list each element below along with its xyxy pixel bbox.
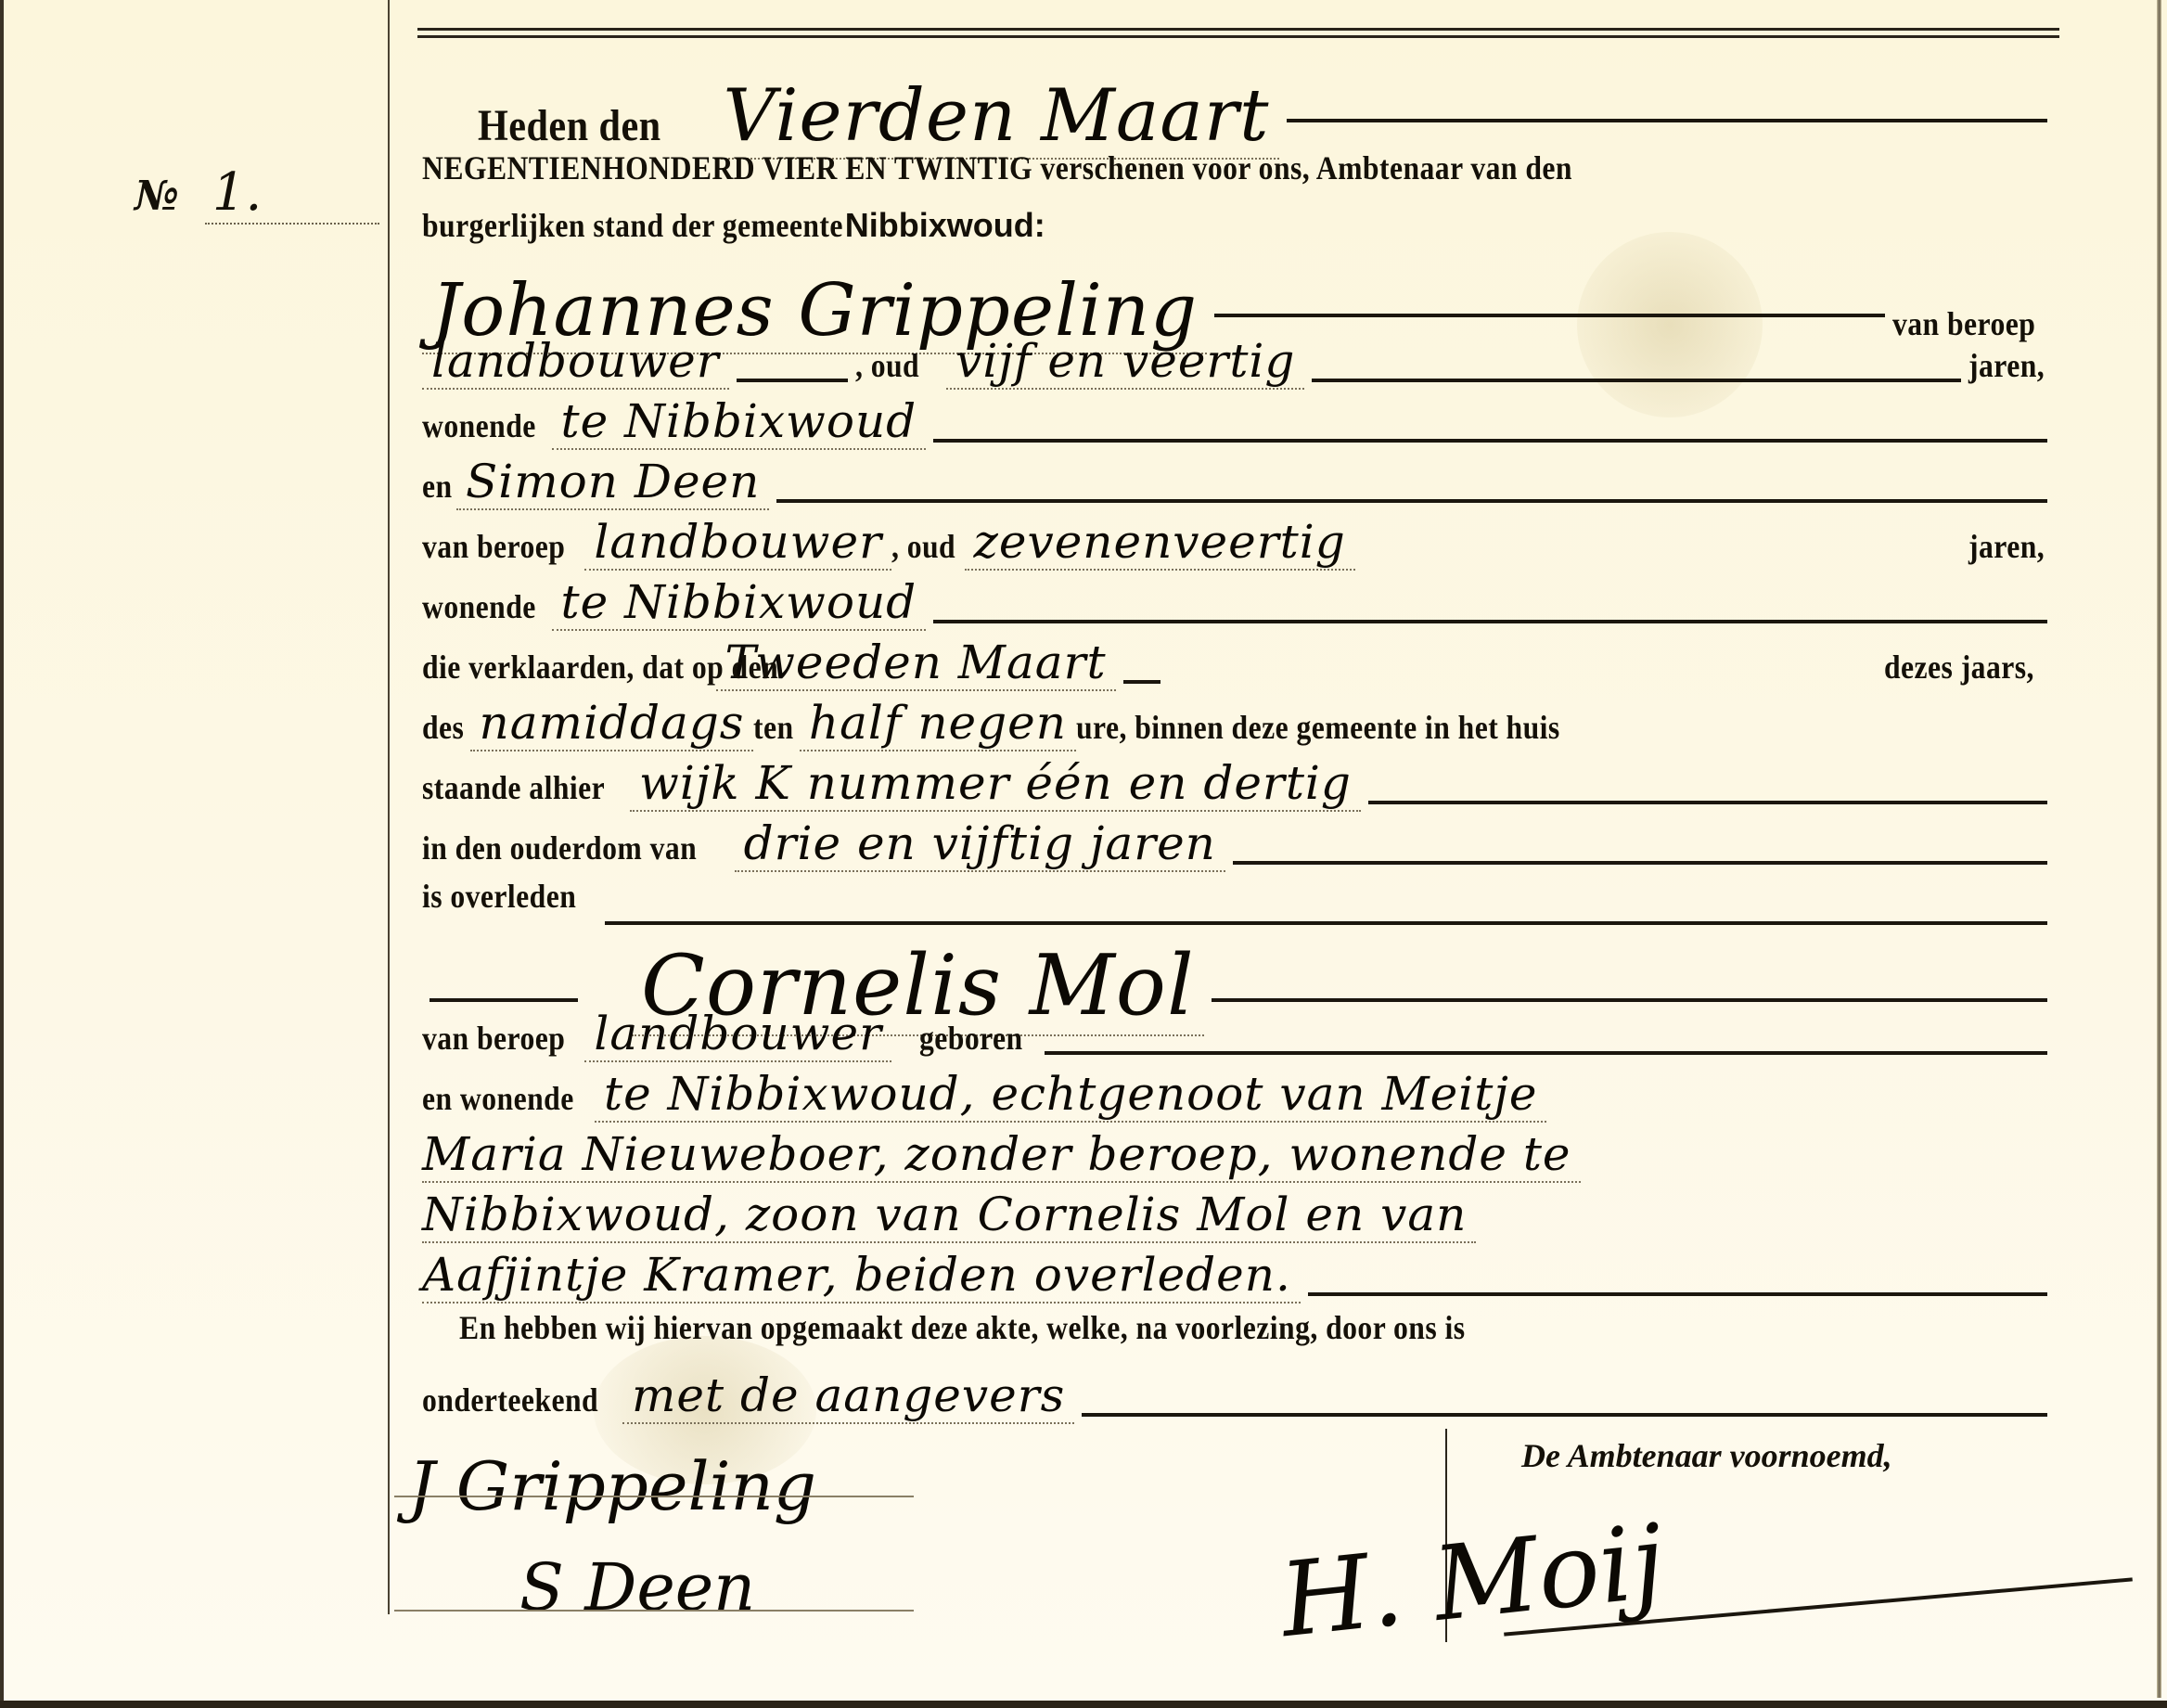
line-deceased-residence: en wonende te Nibbixwoud, echtgenoot van… (422, 1067, 2055, 1124)
des-label: des (422, 708, 464, 747)
fill-line (1287, 119, 2047, 122)
line-mother: Aafjintje Kramer, beiden overleden. (422, 1248, 2055, 1305)
ouderdom-label: in den ouderdom van (422, 828, 697, 867)
official-signature: H. Moij (1275, 1502, 1669, 1661)
declarant-1-occupation: landbouwer (422, 334, 729, 390)
margin-rule (388, 0, 390, 1614)
fill-line (1123, 680, 1160, 684)
line-parents: Nibbixwoud, zoon van Cornelis Mol en van (422, 1188, 2055, 1245)
top-double-rule-2 (417, 35, 2059, 38)
line-declarant-2-name: en Simon Deen (422, 455, 2055, 512)
death-address: wijk K nummer één en dertig (630, 756, 1361, 812)
line-spouse: Maria Nieuweboer, zonder beroep, wonende… (422, 1127, 2055, 1185)
colon: : (1034, 206, 1045, 245)
declarant-1-residence: te Nibbixwoud (552, 394, 927, 450)
top-double-rule-1 (417, 28, 2059, 31)
fill-line (1082, 1413, 2047, 1417)
jaren-label: jaren, (1968, 346, 2045, 385)
en-wonende-label: en wonende (422, 1079, 574, 1118)
declarant-1-signature: J Grippeling (408, 1447, 816, 1525)
declarant-2-signature: S Deen (519, 1549, 755, 1625)
geboren-label: geboren (919, 1019, 1023, 1058)
year-text: NEGENTIENHONDERD VIER EN TWINTIG versche… (422, 148, 1572, 187)
page-bottom-edge (0, 1701, 2167, 1708)
line-signed: onderteekend met de aangevers (422, 1368, 2055, 1426)
line-death-time: des namiddags ten half negen ure, binnen… (422, 696, 2055, 753)
municipality-name: Nibbixwoud (845, 206, 1034, 245)
record-number-value: 1. (205, 162, 379, 225)
spouse-details: Maria Nieuweboer, zonder beroep, wonende… (422, 1127, 1581, 1183)
line-closing: En hebben wij hiervan opgemaakt deze akt… (422, 1308, 2055, 1366)
deceased-residence-spouse: te Nibbixwoud, echtgenoot van Meitje (595, 1067, 1546, 1123)
declarant-2-age: zevenenveertig (965, 515, 1355, 571)
line-deceased-age: in den ouderdom van drie en vijftig jare… (422, 816, 2055, 874)
verklaarden-label: die verklaarden, dat op den (422, 648, 778, 687)
line-declarant-2-occupation: van beroep landbouwer , oud zevenenveert… (422, 515, 2055, 572)
line-declarant-1-name: Johannes Grippeling van beroep (422, 269, 2055, 327)
is-overleden-label: is overleden (422, 877, 576, 916)
deceased-age: drie en vijftig jaren (735, 816, 1225, 872)
line-date: Heden den Vierden Maart (422, 74, 2055, 132)
jaren-label: jaren, (1968, 527, 2045, 566)
en-label: en (422, 467, 453, 506)
fill-line (776, 499, 2047, 503)
line-deceased-name: Cornelis Mol (422, 937, 2055, 1011)
signature-rule (394, 1610, 914, 1612)
van-beroep-label: van beroep (422, 527, 565, 566)
wonende-label: wonende (422, 587, 536, 626)
page-left-edge (0, 0, 4, 1708)
line-declarant-2-residence: wonende te Nibbixwoud (422, 575, 2055, 633)
fill-line (1212, 998, 2047, 1002)
dezes-jaars-label: dezes jaars, (1884, 648, 2034, 687)
book-binding-fold (2157, 0, 2161, 1698)
staande-alhier-label: staande alhier (422, 768, 605, 807)
ten-label: ten (753, 708, 794, 747)
death-daypart: namiddags (470, 696, 754, 751)
signed-with: met de aangevers (622, 1368, 1074, 1424)
line-municipality: burgerlijken stand der gemeente Nibbixwo… (422, 206, 2055, 263)
line-death-address: staande alhier wijk K nummer één en dert… (422, 756, 2055, 814)
declarant-1-age: vijf en veertig (946, 334, 1304, 390)
line-death-date: die verklaarden, dat op den Tweeden Maar… (422, 636, 2055, 693)
fill-line (1308, 1292, 2047, 1296)
van-beroep-label: van beroep (422, 1019, 565, 1058)
death-time: half negen (800, 696, 1076, 751)
fill-line (1045, 1051, 2047, 1055)
heden-den-label: Heden den (478, 100, 661, 151)
line-declarant-1-occupation: landbouwer , oud vijf en veertig jaren, (422, 334, 2055, 392)
date-handwritten: Vierden Maart (714, 74, 1279, 160)
fill-line (430, 998, 578, 1002)
declarant-2-name: Simon Deen (456, 455, 769, 510)
line-deceased-occupation: van beroep landbouwer geboren (422, 1007, 2055, 1064)
deceased-occupation: landbouwer (584, 1007, 891, 1062)
oud-label: , oud (891, 527, 955, 566)
declarant-2-residence: te Nibbixwoud (552, 575, 927, 631)
oud-label: , oud (855, 346, 919, 385)
official-label: De Ambtenaar voornoemd, (1521, 1436, 1892, 1475)
fill-line (1214, 314, 1885, 317)
record-number: № 1. (135, 162, 379, 225)
parents-details: Nibbixwoud, zoon van Cornelis Mol en van (422, 1188, 1476, 1243)
fill-line (1233, 861, 2047, 865)
record-number-label: № (135, 173, 179, 220)
wonende-label: wonende (422, 406, 536, 445)
municipality-label: burgerlijken stand der gemeente (422, 206, 843, 245)
line-overleden: is overleden (422, 877, 2055, 934)
fill-line (1368, 801, 2047, 804)
signature-rule (394, 1496, 914, 1497)
line-declarant-1-residence: wonende te Nibbixwoud (422, 394, 2055, 452)
fill-line (1312, 379, 1960, 382)
mother-details: Aafjintje Kramer, beiden overleden. (422, 1248, 1301, 1303)
line-year: NEGENTIENHONDERD VIER EN TWINTIG versche… (422, 148, 2055, 206)
fill-line (933, 439, 2047, 443)
ure-label: ure, binnen deze gemeente in het huis (1076, 708, 1560, 747)
death-certificate-page: № 1. Heden den Vierden Maart NEGENTIENHO… (0, 0, 2167, 1708)
declarant-2-occupation: landbouwer (584, 515, 891, 571)
closing-text: En hebben wij hiervan opgemaakt deze akt… (459, 1308, 1465, 1347)
onderteekend-label: onderteekend (422, 1381, 598, 1419)
fill-line (737, 379, 848, 382)
fill-line (933, 620, 2047, 623)
fill-line (605, 921, 2047, 925)
